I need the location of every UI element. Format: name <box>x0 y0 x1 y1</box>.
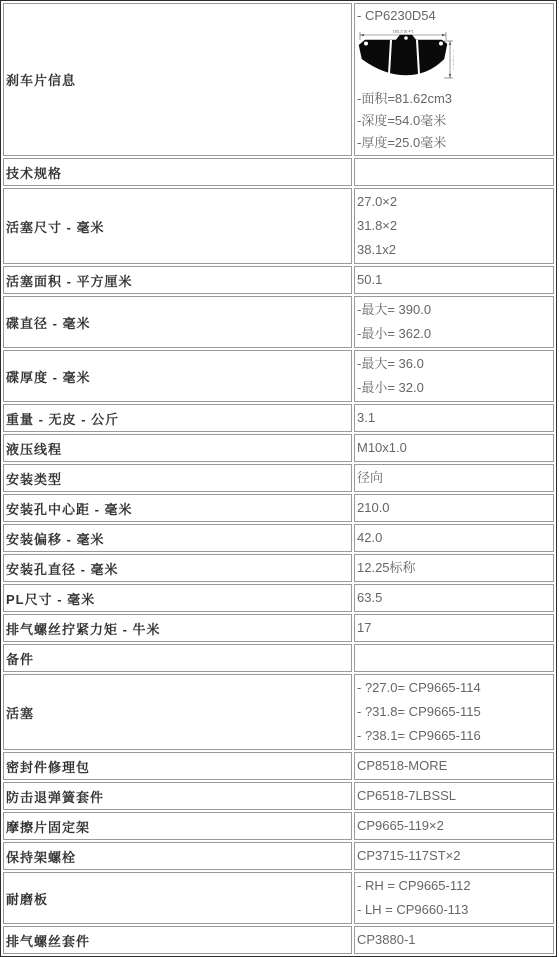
value-line: 38.1x2 <box>357 238 551 262</box>
row-value: 12.25标称 <box>354 554 554 582</box>
value-line: CP9665-119×2 <box>357 814 551 838</box>
row-value: -最大= 390.0-最小= 362.0 <box>354 296 554 348</box>
row-value: 径向 <box>354 464 554 492</box>
table-row: 摩擦片固定架 CP9665-119×2 <box>3 812 554 840</box>
row-label: 活塞尺寸 - 毫米 <box>3 188 352 264</box>
row-label: 安装类型 <box>3 464 352 492</box>
value-line: -最大= 36.0 <box>357 352 551 376</box>
table-row: 排气螺丝套件 CP3880-1 <box>3 926 554 954</box>
value-line: 17 <box>357 616 551 640</box>
value-line: - ?31.8= CP9665-115 <box>357 700 551 724</box>
row-value: CP3715-117ST×2 <box>354 842 554 870</box>
value-line: M10x1.0 <box>357 436 551 460</box>
table-row: 刹车片信息 - CP6230D54 162.2 (6.4") 54.0 (2.1… <box>3 3 554 156</box>
table-row: 碟直径 - 毫米 -最大= 390.0-最小= 362.0 <box>3 296 554 348</box>
row-value: 210.0 <box>354 494 554 522</box>
table-row: PL尺寸 - 毫米 63.5 <box>3 584 554 612</box>
value-line: - RH = CP9665-112 <box>357 874 551 898</box>
row-value: CP6518-7LBSSL <box>354 782 554 810</box>
row-value: -最大= 36.0-最小= 32.0 <box>354 350 554 402</box>
value-line: 12.25标称 <box>357 556 551 580</box>
row-label: 防击退弹簧套件 <box>3 782 352 810</box>
row-label: 碟直径 - 毫米 <box>3 296 352 348</box>
row-value: CP9665-119×2 <box>354 812 554 840</box>
row-value: 3.1 <box>354 404 554 432</box>
value-line: 径向 <box>357 466 551 490</box>
row-value: - CP6230D54 162.2 (6.4") 54.0 (2.1") <box>354 3 554 156</box>
table-row: 安装偏移 - 毫米 42.0 <box>3 524 554 552</box>
table-row: 活塞 - ?27.0= CP9665-114- ?31.8= CP9665-11… <box>3 674 554 750</box>
table-row: 保持架螺栓 CP3715-117ST×2 <box>3 842 554 870</box>
row-value: 17 <box>354 614 554 642</box>
row-value: 63.5 <box>354 584 554 612</box>
row-label: 耐磨板 <box>3 872 352 924</box>
table-row: 安装孔中心距 - 毫米 210.0 <box>3 494 554 522</box>
value-line: -最大= 390.0 <box>357 298 551 322</box>
row-label: 排气螺丝套件 <box>3 926 352 954</box>
row-label: 活塞面积 - 平方厘米 <box>3 266 352 294</box>
row-label: 技术规格 <box>3 158 352 186</box>
value-line: 50.1 <box>357 268 551 292</box>
row-label: 保持架螺栓 <box>3 842 352 870</box>
value-line: 27.0×2 <box>357 190 551 214</box>
table-row: 活塞尺寸 - 毫米 27.0×231.8×238.1x2 <box>3 188 554 264</box>
row-label: 备件 <box>3 644 352 672</box>
value-line: -深度=54.0毫米 <box>357 110 551 132</box>
table-row: 碟厚度 - 毫米 -最大= 36.0-最小= 32.0 <box>3 350 554 402</box>
table-row: 重量 - 无皮 - 公斤 3.1 <box>3 404 554 432</box>
top-dimension-label: 162.2 (6.4") <box>393 29 414 34</box>
row-label: 安装孔直径 - 毫米 <box>3 554 352 582</box>
table-row: 液压线程 M10x1.0 <box>3 434 554 462</box>
value-line: 210.0 <box>357 496 551 520</box>
row-value: CP8518-MORE <box>354 752 554 780</box>
table-row: 密封件修理包 CP8518-MORE <box>3 752 554 780</box>
table-row: 排气螺丝拧紧力矩 - 牛米 17 <box>3 614 554 642</box>
value-line: -最小= 362.0 <box>357 322 551 346</box>
spec-table-body: 刹车片信息 - CP6230D54 162.2 (6.4") 54.0 (2.1… <box>3 3 554 954</box>
table-row: 安装孔直径 - 毫米 12.25标称 <box>3 554 554 582</box>
row-label: 安装孔中心距 - 毫米 <box>3 494 352 522</box>
table-row: 技术规格 <box>3 158 554 186</box>
row-value: CP3880-1 <box>354 926 554 954</box>
row-value: 42.0 <box>354 524 554 552</box>
row-label: PL尺寸 - 毫米 <box>3 584 352 612</box>
brake-caliper-spec-table: 刹车片信息 - CP6230D54 162.2 (6.4") 54.0 (2.1… <box>0 0 557 957</box>
row-label: 刹车片信息 <box>3 3 352 156</box>
row-value <box>354 644 554 672</box>
value-line: -面积=81.62cm3 <box>357 88 551 110</box>
value-line: 31.8×2 <box>357 214 551 238</box>
value-line: 3.1 <box>357 406 551 430</box>
value-line: -最小= 32.0 <box>357 376 551 400</box>
row-label: 重量 - 无皮 - 公斤 <box>3 404 352 432</box>
row-label: 活塞 <box>3 674 352 750</box>
value-line: CP8518-MORE <box>357 754 551 778</box>
table-row: 安装类型 径向 <box>3 464 554 492</box>
value-line: CP3715-117ST×2 <box>357 844 551 868</box>
row-label: 碟厚度 - 毫米 <box>3 350 352 402</box>
value-line: - CP6230D54 <box>357 5 551 27</box>
pad-silhouette <box>359 35 447 75</box>
row-label: 摩擦片固定架 <box>3 812 352 840</box>
table-row: 活塞面积 - 平方厘米 50.1 <box>3 266 554 294</box>
row-value: - RH = CP9665-112- LH = CP9660-113 <box>354 872 554 924</box>
row-label: 密封件修理包 <box>3 752 352 780</box>
value-line: 42.0 <box>357 526 551 550</box>
row-label: 安装偏移 - 毫米 <box>3 524 352 552</box>
value-line: -厚度=25.0毫米 <box>357 132 551 154</box>
value-line: CP3880-1 <box>357 928 551 952</box>
row-value: - ?27.0= CP9665-114- ?31.8= CP9665-115- … <box>354 674 554 750</box>
row-value: 27.0×231.8×238.1x2 <box>354 188 554 264</box>
table-row: 防击退弹簧套件 CP6518-7LBSSL <box>3 782 554 810</box>
row-label: 液压线程 <box>3 434 352 462</box>
side-dimension-label: 54.0 (2.1") <box>453 50 455 69</box>
value-line: - ?38.1= CP9665-116 <box>357 724 551 748</box>
value-line: CP6518-7LBSSL <box>357 784 551 808</box>
table-row: 耐磨板 - RH = CP9665-112- LH = CP9660-113 <box>3 872 554 924</box>
value-line: - ?27.0= CP9665-114 <box>357 676 551 700</box>
table-row: 备件 <box>3 644 554 672</box>
value-line: 63.5 <box>357 586 551 610</box>
row-label: 排气螺丝拧紧力矩 - 牛米 <box>3 614 352 642</box>
row-value <box>354 158 554 186</box>
row-value: M10x1.0 <box>354 434 554 462</box>
value-line: - LH = CP9660-113 <box>357 898 551 922</box>
brake-pad-diagram: 162.2 (6.4") 54.0 (2.1") <box>358 28 454 86</box>
row-value: 50.1 <box>354 266 554 294</box>
